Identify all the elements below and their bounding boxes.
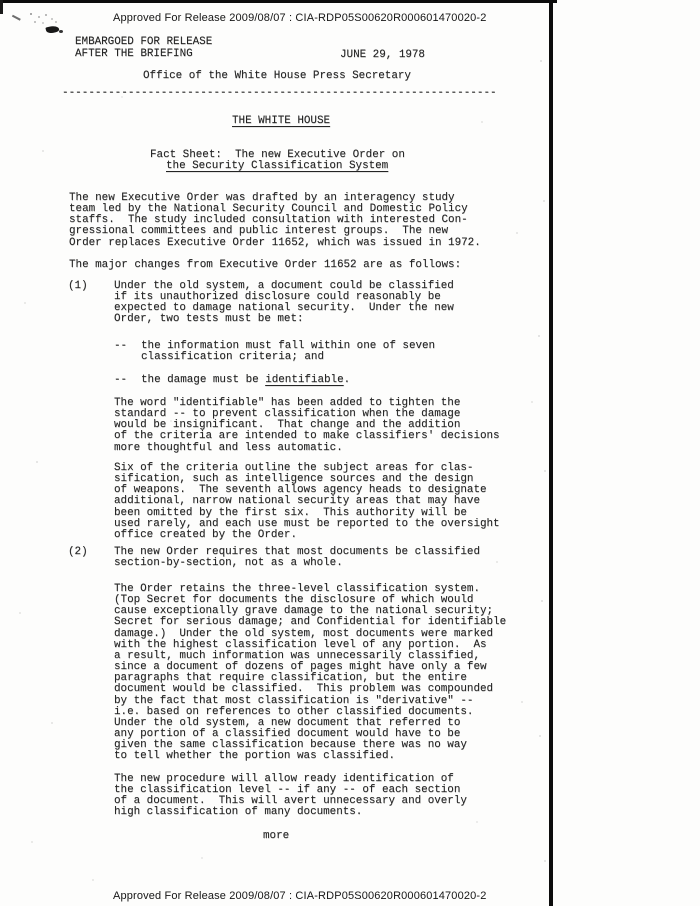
item-2-para-b: The Order retains the three-level classi… — [114, 584, 506, 763]
scan-noise-specks — [0, 0, 2, 2]
release-stamp-bottom: Approved For Release 2009/08/07 : CIA-RD… — [113, 890, 486, 902]
item-2-para-a: The new Order requires that most documen… — [114, 547, 480, 569]
more-indicator: more — [263, 831, 289, 842]
subtitle-line-1: Fact Sheet: The new Executive Order on — [150, 150, 405, 161]
item-1-bullet-1-text: the information must fall within one of … — [141, 341, 435, 363]
changes-lead: The major changes from Executive Order 1… — [69, 260, 461, 271]
item-1-para-c: Six of the criteria outline the subject … — [114, 463, 500, 541]
document-title: THE WHITE HOUSE — [232, 116, 330, 127]
bullet-2-prefix: the damage must be — [141, 374, 265, 386]
ink-smudge-dots — [30, 13, 32, 15]
bullet-2-suffix: . — [344, 374, 351, 386]
embargo-line-2: AFTER THE BRIEFING — [75, 49, 193, 60]
ink-smudge-blob — [45, 25, 59, 35]
embargo-line-1: EMBARGOED FOR RELEASE — [75, 37, 212, 48]
office-line: Office of the White House Press Secretar… — [143, 71, 411, 82]
date-line: JUNE 29, 1978 — [340, 50, 425, 61]
item-2-number: (2) — [68, 547, 88, 558]
item-2-para-c: The new procedure will allow ready ident… — [114, 774, 467, 819]
item-1-para-b: The word "identifiable" has been added t… — [114, 398, 500, 454]
release-stamp-top: Approved For Release 2009/08/07 : CIA-RD… — [113, 12, 486, 24]
scanned-document-page: Approved For Release 2009/08/07 : CIA-RD… — [0, 0, 700, 906]
subtitle-line-2: the Security Classification System — [166, 161, 388, 172]
scan-edge-top — [0, 0, 557, 3]
item-1-bullet-2-marker: -- — [114, 375, 127, 386]
item-1-bullet-2-text: the damage must be identifiable. — [141, 375, 350, 386]
item-1-bullet-1-marker: -- — [114, 341, 127, 352]
separator-dashes: ----------------------------------------… — [62, 88, 497, 99]
bullet-2-underlined-word: identifiable — [265, 374, 343, 386]
item-1-para-a: Under the old system, a document could b… — [114, 281, 454, 326]
item-1-number: (1) — [68, 281, 88, 292]
scan-edge-right — [549, 0, 553, 906]
intro-paragraph: The new Executive Order was drafted by a… — [69, 193, 481, 249]
ink-smudge-blob-small — [59, 30, 63, 33]
ink-smudge-tick — [12, 10, 23, 20]
scan-edge-left-stub — [0, 0, 3, 14]
